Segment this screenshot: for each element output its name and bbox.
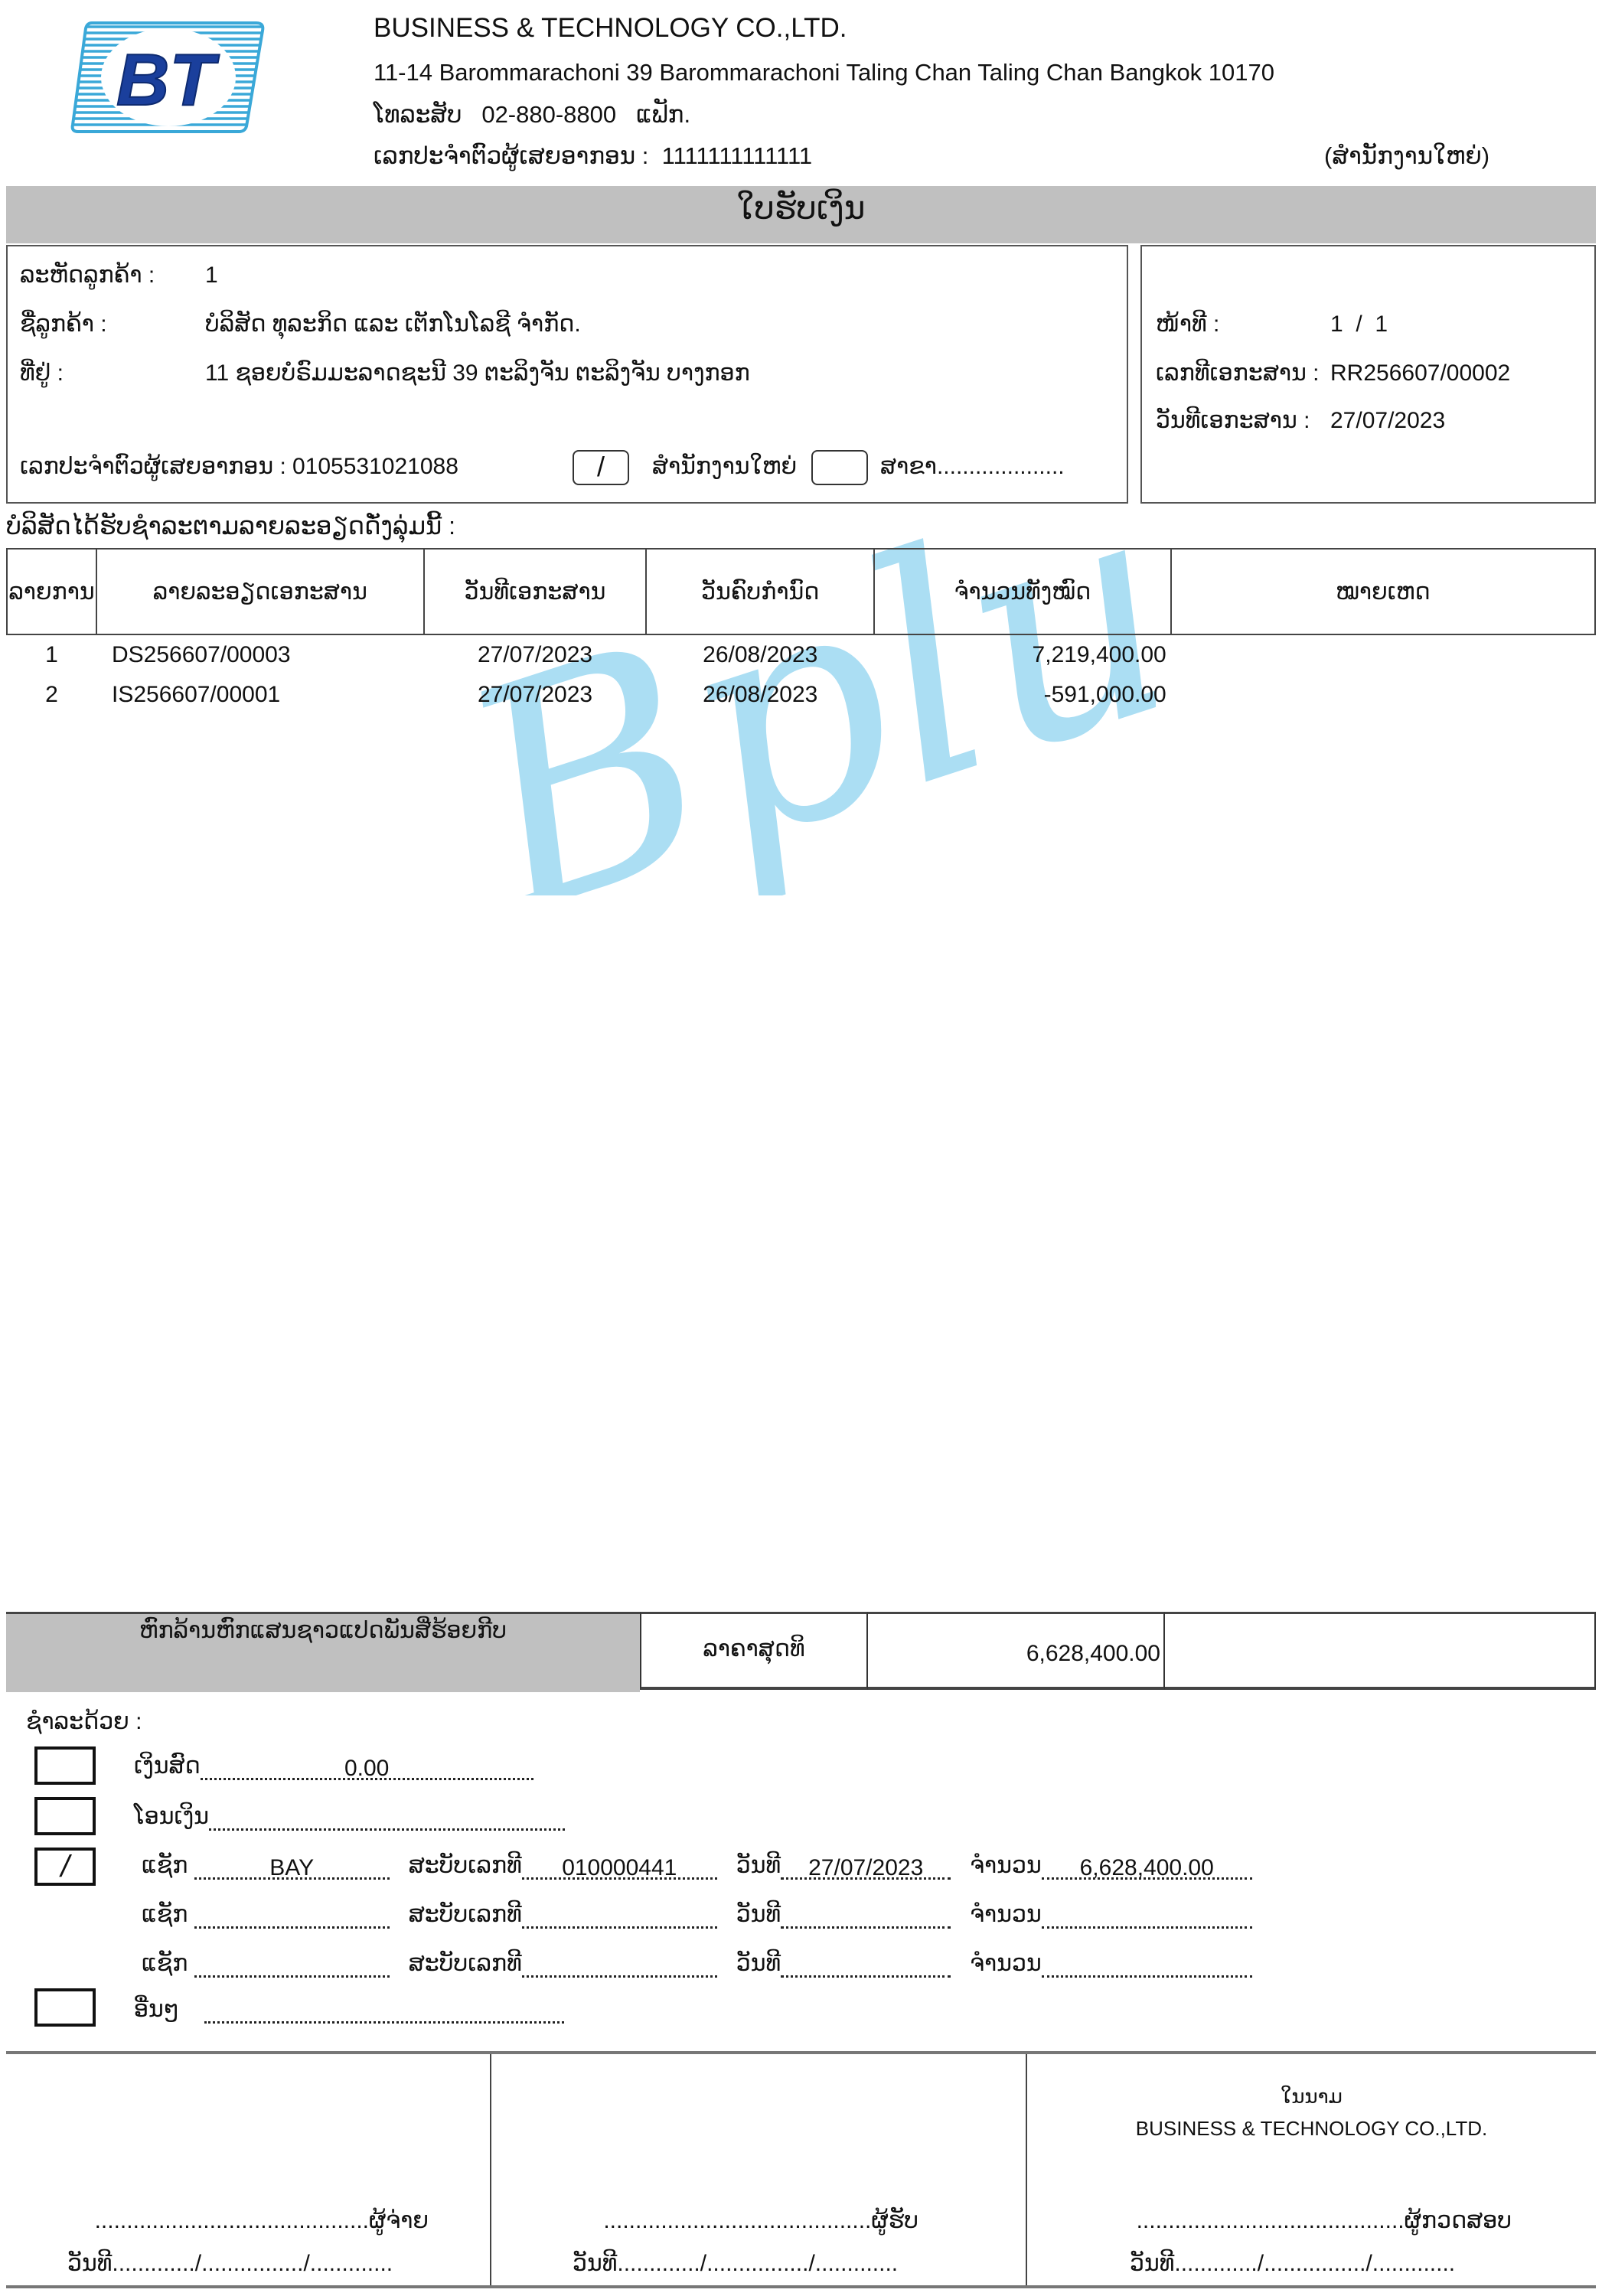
cheque-date-label: ວັນທີ (736, 1853, 781, 1878)
cheque-number (522, 1903, 717, 1929)
signature-area: ........................................… (6, 2051, 1596, 2288)
cheque-amount (1042, 1903, 1252, 1929)
fax-label: ແຟັກ. (636, 101, 690, 128)
transfer-amount (209, 1805, 565, 1831)
head-office-label: ສຳນັກງານໃຫຍ່ (652, 453, 797, 481)
cheque-amount-label: ຈຳນວນ (970, 1951, 1042, 1976)
customer-address-value: 11 ຊອຍບໍຣົມມະລາດຊະນີ 39 ຕະລິງຈັນ ຕະລິງຈັ… (205, 360, 750, 387)
items-table: ລາຍການ ລາຍລະອຽດເອກະສານ ວັນທີເອກະສານ ວັນຄ… (6, 548, 1596, 715)
col-header-amount: ຈຳນວນທັງໝົດ (874, 549, 1171, 634)
head-office-checkbox[interactable]: / (573, 450, 629, 485)
net-total-value-cell: 6,628,400.00 (868, 1612, 1165, 1690)
cash-row: ເງິນສົດ0.00 (134, 1753, 533, 1780)
page-value: 1 / 1 (1330, 311, 1388, 338)
tax-id-value: 1111111111111 (662, 142, 813, 169)
customer-name-label: ຊື່ລູກຄ້າ : (20, 311, 107, 338)
cheque-number-label: ສະບັບເລກທີ (409, 1902, 522, 1927)
transfer-label: ໂອນເງິນ (134, 1804, 209, 1829)
row-no: 2 (7, 675, 96, 715)
cheque-number-label: ສະບັບເລກທີ (409, 1853, 522, 1878)
cheque-bank (194, 1952, 390, 1978)
payer-signature: ........................................… (6, 2054, 490, 2285)
cheque-number: 010000441 (522, 1854, 717, 1880)
checker-signature: ໃນນາມ BUSINESS & TECHNOLOGY CO.,LTD. ...… (1026, 2054, 1596, 2285)
row-doc-date: 27/07/2023 (424, 634, 647, 675)
cash-label: ເງິນສົດ (134, 1753, 201, 1779)
branch-label: ສາຂາ.................... (880, 453, 1065, 481)
customer-code-value: 1 (205, 262, 218, 289)
row-amount: 7,219,400.00 (874, 634, 1171, 675)
col-header-no: ລາຍການ (7, 549, 96, 634)
cash-checkbox[interactable] (34, 1746, 96, 1785)
checker-signature-line[interactable]: ........................................… (1137, 2207, 1512, 2235)
customer-info-box: ລະຫັດລູກຄ້າ : 1 ຊື່ລູກຄ້າ : ບໍລິສັດ ທຸລະ… (6, 245, 1128, 504)
cheque-date-label: ວັນທີ (736, 1951, 781, 1976)
receiver-date-line[interactable]: ວັນທີ............./................/....… (573, 2250, 898, 2278)
col-header-note: ໝາຍເຫດ (1171, 549, 1595, 634)
customer-name-value: ບໍລິສັດ ທຸລະກິດ ແລະ ເຕັກໂນໂລຊີ ຈຳກັດ. (205, 311, 581, 338)
amount-in-words: ຫົກລ້ານຫົກແສນຊາວແປດພັນສີ່ຮ້ອຍກີບ (6, 1617, 640, 1644)
cheque-bank: BAY (194, 1854, 390, 1880)
cheque-number-label: ສະບັບເລກທີ (409, 1951, 522, 1976)
row-document: IS256607/00001 (96, 675, 424, 715)
cheque-date (781, 1952, 951, 1978)
table-row: 1 DS256607/00003 27/07/2023 26/08/2023 7… (7, 634, 1595, 675)
cheque-date: 27/07/2023 (781, 1854, 951, 1880)
company-logo: BT (69, 19, 268, 134)
col-header-doc-date: ວັນທີເອກະສານ (424, 549, 647, 634)
company-name: BUSINESS & TECHNOLOGY CO.,LTD. (374, 12, 847, 44)
payment-heading: ຊຳລະດ້ວຍ : (26, 1708, 142, 1736)
row-note (1171, 675, 1595, 715)
row-due-date: 26/08/2023 (646, 675, 874, 715)
amount-in-words-cell: ຫົກລ້ານຫົກແສນຊາວແປດພັນສີ່ຮ້ອຍກີບ (6, 1612, 640, 1692)
table-row: 2 IS256607/00001 27/07/2023 26/08/2023 -… (7, 675, 1595, 715)
cash-amount: 0.00 (201, 1755, 533, 1780)
document-info-box: ໜ້າທີ : 1 / 1 ເລກທີເອກະສານ : RR256607/00… (1140, 245, 1596, 504)
net-total-label-cell: ລາຄາສຸດທິ (640, 1612, 868, 1690)
row-doc-date: 27/07/2023 (424, 675, 647, 715)
row-amount: -591,000.00 (874, 675, 1171, 715)
phone-number: 02-880-8800 (481, 101, 616, 128)
other-checkbox[interactable] (34, 1988, 96, 2027)
title-bar: ໃບຮັບເງິນ (6, 186, 1596, 243)
company-address: 11-14 Barommarachoni 39 Barommarachoni T… (374, 58, 1274, 86)
items-header-row: ລາຍການ ລາຍລະອຽດເອກະສານ ວັນທີເອກະສານ ວັນຄ… (7, 549, 1595, 634)
transfer-checkbox[interactable] (34, 1797, 96, 1835)
net-total-value: 6,628,400.00 (1026, 1640, 1160, 1668)
other-label: ອື່ນໆ (134, 1997, 179, 2022)
row-no: 1 (7, 634, 96, 675)
payer-date-line[interactable]: ວັນທີ............./................/....… (67, 2250, 393, 2278)
cheque-amount-label: ຈຳນວນ (970, 1902, 1042, 1927)
doc-date-value: 27/07/2023 (1330, 407, 1445, 435)
company-tax-id-line: ເລກປະຈຳຕົວຜູ້ເສຍອາກອນ : 1111111111111 (374, 142, 812, 170)
cheque-amount-label: ຈຳນວນ (970, 1853, 1042, 1878)
phone-label: ໂທລະສັບ (374, 101, 462, 128)
transfer-row: ໂອນເງິນ (134, 1803, 565, 1831)
checker-date-line[interactable]: ວັນທີ............./................/....… (1130, 2250, 1455, 2278)
cheque-label: ແຊັກ (142, 1951, 188, 1976)
cheque-label: ແຊັກ (142, 1902, 188, 1927)
doc-no-label: ເລກທີເອກະສານ : (1156, 360, 1320, 387)
receiver-signature-line[interactable]: ........................................… (603, 2207, 918, 2235)
doc-date-label: ວັນທີເອກະສານ : (1156, 407, 1310, 435)
totals-blank-cell (1165, 1612, 1596, 1690)
cheque-checkbox[interactable]: / (34, 1848, 96, 1886)
tax-id-label: ເລກປະຈຳຕົວຜູ້ເສຍອາກອນ : (374, 142, 648, 169)
col-header-document: ລາຍລະອຽດເອກະສານ (96, 549, 424, 634)
customer-address-label: ທີ່ຢູ່ : (20, 360, 64, 387)
cheque-amount (1042, 1952, 1252, 1978)
other-row: ອື່ນໆ (134, 1996, 564, 2024)
branch-checkbox[interactable] (811, 450, 868, 485)
cheque-label: ແຊັກ (142, 1853, 188, 1878)
payer-signature-line[interactable]: ........................................… (95, 2207, 429, 2235)
cheque-number (522, 1952, 717, 1978)
on-behalf-label: ໃນນາມ (1027, 2085, 1596, 2108)
page-label: ໜ້າທີ : (1156, 311, 1219, 338)
customer-code-label: ລະຫັດລູກຄ້າ : (20, 262, 155, 289)
customer-tax-id-value: 0105531021088 (292, 453, 458, 481)
receiver-signature: ........................................… (490, 2054, 1026, 2285)
svg-text:BT: BT (116, 39, 220, 121)
net-total-label: ລາຄາສຸດທິ (641, 1636, 866, 1663)
cheque-date (781, 1903, 951, 1929)
cheque-bank (194, 1903, 390, 1929)
document-title: ໃບຮັບເງິນ (6, 189, 1596, 227)
customer-tax-id-label: ເລກປະຈຳຕົວຜູ້ເສຍອາກອນ : (20, 453, 286, 481)
items-intro: ບໍລິສັດໄດ້ຮັບຊຳລະຕາມລາຍລະອຽດດັ່ງລຸ່ມນີ້ … (6, 511, 455, 540)
row-document: DS256607/00003 (96, 634, 424, 675)
checker-company-name: BUSINESS & TECHNOLOGY CO.,LTD. (1027, 2117, 1596, 2141)
cheque-row: ແຊັກ ສະບັບເລກທີ ວັນທີ ຈຳນວນ (142, 1950, 1252, 1978)
other-value (204, 1998, 564, 2024)
col-header-due-date: ວັນຄົບກຳນົດ (646, 549, 874, 634)
cheque-amount: 6,628,400.00 (1042, 1854, 1252, 1880)
cheque-row: ແຊັກ BAY ສະບັບເລກທີ010000441 ວັນທີ27/07/… (142, 1852, 1252, 1880)
row-note (1171, 634, 1595, 675)
branch-tag: (ສຳນັກງານໃຫຍ່) (1324, 142, 1489, 170)
doc-no-value: RR256607/00002 (1330, 360, 1510, 387)
company-phone-line: ໂທລະສັບ 02-880-8800 ແຟັກ. (374, 100, 690, 129)
cheque-date-label: ວັນທີ (736, 1902, 781, 1927)
cheque-row: ແຊັກ ສະບັບເລກທີ ວັນທີ ຈຳນວນ (142, 1901, 1252, 1929)
row-due-date: 26/08/2023 (646, 634, 874, 675)
